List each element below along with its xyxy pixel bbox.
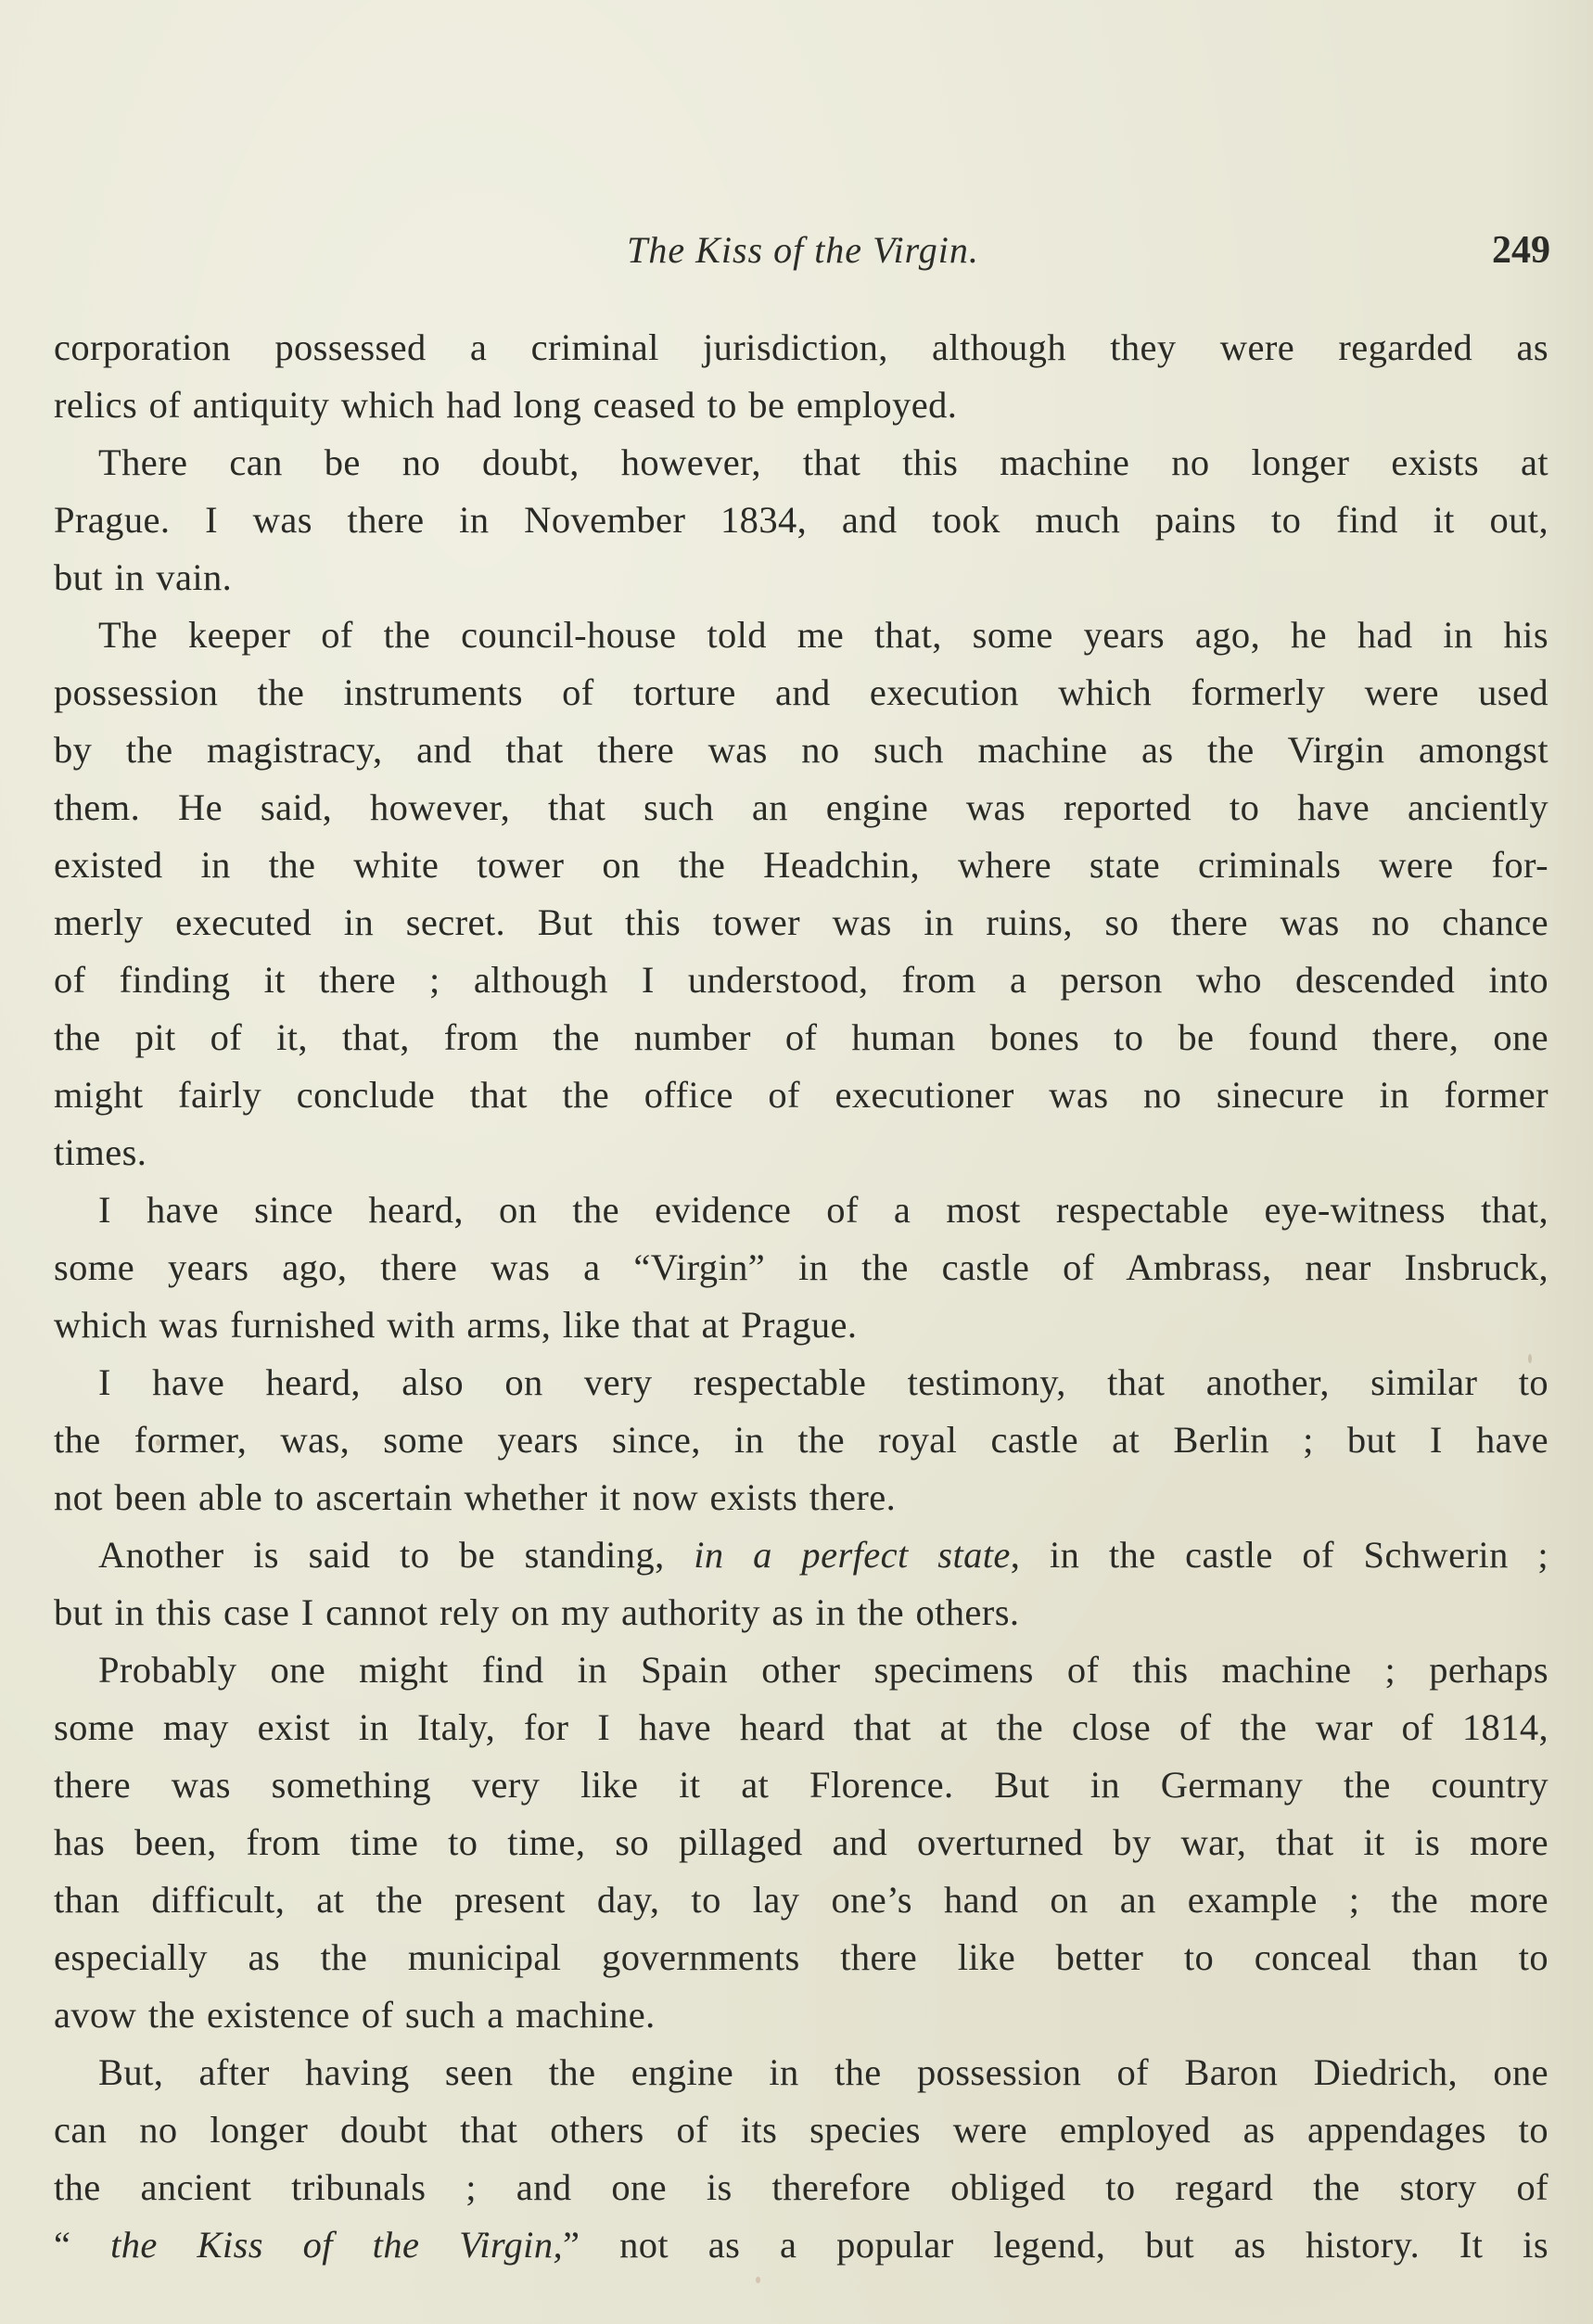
italic-phrase: in a perfect state [694,1534,1011,1576]
text-line: But, after having seen the engine in the… [54,2044,1548,2101]
text-line: especially as the municipal governments … [54,1929,1548,1986]
text-segment: ” not as a popular legend, but as histor… [563,2224,1548,2266]
text-line: the pit of it, that, from the number of … [54,1009,1548,1066]
text-segment: Another is said to be standing, [98,1534,694,1576]
text-line: existed in the white tower on the Headch… [54,836,1548,894]
text-line: them. He said, however, that such an eng… [54,779,1548,836]
text-line: Another is said to be standing, in a per… [54,1526,1548,1584]
text-line: Prague. I was there in November 1834, an… [54,492,1548,549]
text-line: Probably one might find in Spain other s… [54,1641,1548,1699]
text-line: corporation possessed a criminal jurisdi… [54,319,1548,377]
running-head: The Kiss of the Virgin. 249 [56,228,1550,284]
book-page: The Kiss of the Virgin. 249 corporation … [0,0,1593,2324]
text-line: but in vain. [54,549,1548,607]
page-number: 249 [1492,228,1550,273]
text-line: has been, from time to time, so pillaged… [54,1814,1548,1871]
text-line: “ the Kiss of the Virgin,” not as a popu… [54,2216,1548,2274]
text-line: merly executed in secret. But this tower… [54,894,1548,951]
body-text: corporation possessed a criminal jurisdi… [54,319,1548,2274]
text-line: than difficult, at the present day, to l… [54,1871,1548,1929]
text-line: relics of antiquity which had long cease… [54,377,1548,434]
running-title: The Kiss of the Virgin. [56,228,1550,272]
open-quote: “ [54,2224,110,2266]
text-line: possession the instruments of torture an… [54,664,1548,721]
text-line: by the magistracy, and that there was no… [54,721,1548,779]
paper-spot [756,2277,760,2283]
text-line: might fairly conclude that the office of… [54,1066,1548,1124]
paper-spot [1528,1354,1532,1363]
text-line: not been able to ascertain whether it no… [54,1469,1548,1526]
text-line: I have since heard, on the evidence of a… [54,1181,1548,1239]
text-line: some may exist in Italy, for I have hear… [54,1699,1548,1756]
text-line: There can be no doubt, however, that thi… [54,434,1548,492]
text-line: The keeper of the council-house told me … [54,607,1548,664]
text-line: there was something very like it at Flor… [54,1756,1548,1814]
text-line: the ancient tribunals ; and one is there… [54,2159,1548,2216]
italic-phrase: the Kiss of the Virgin, [110,2224,563,2266]
text-line: some years ago, there was a “Virgin” in … [54,1239,1548,1296]
text-line: I have heard, also on very respectable t… [54,1354,1548,1411]
text-line: of finding it there ; although I underst… [54,951,1548,1009]
text-segment: , in the castle of Schwerin ; [1011,1534,1548,1576]
text-line: the former, was, some years since, in th… [54,1411,1548,1469]
paper-spot [156,1439,160,1446]
text-line: avow the existence of such a machine. [54,1986,1548,2044]
text-line: but in this case I cannot rely on my aut… [54,1584,1548,1641]
text-line: can no longer doubt that others of its s… [54,2101,1548,2159]
text-line: which was furnished with arms, like that… [54,1296,1548,1354]
text-line: times. [54,1124,1548,1181]
